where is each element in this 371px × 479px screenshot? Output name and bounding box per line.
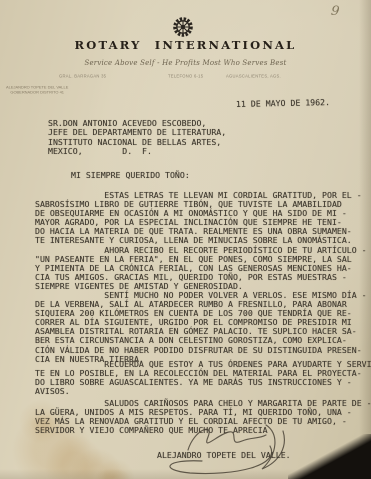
paragraph-travel-apology: SENTÍ MUCHO NO PODER VOLVER A VERLOS. ES… (35, 291, 367, 364)
paper-edge-shadow (359, 0, 371, 479)
paragraph-gratitude-book: ESTAS LETRAS TE LLEVAN MI CORDIAL GRATIT… (35, 191, 362, 246)
rotary-motto: Service Above Self - He Profits Most Who… (0, 59, 371, 67)
letterhead-telephone: TELEFONO 6-15 (168, 74, 203, 79)
letterhead-address: GRAL. BARRAGAN 35 (59, 74, 106, 79)
pencil-page-number: 9 (330, 4, 340, 20)
letterhead-city: AGUASCALIENTES, AGS. (226, 74, 281, 79)
photo-background-corner (288, 434, 371, 479)
sender-printed-block: ALEJANDRO TOPETE DEL VALLE GOBERNADOR DI… (6, 85, 68, 95)
paragraph-press-clipping: AHORA RECIBO EL RECORTE PERIODÍSTICO DE … (35, 246, 367, 291)
letter-date: 11 DE MAYO DE 1962. (236, 98, 330, 109)
recipient-address-block: SR.DON ANTONIO ACEVEDO ESCOBEDO, JEFE DE… (48, 119, 226, 157)
paper-stain (30, 414, 56, 434)
salutation-line: MI SIEMPRE QUERIDO TOÑO: (71, 171, 190, 180)
org-name-title: ROTARY INTERNATIONAL (0, 38, 371, 52)
letter-page: 9 ROTARY INTERNATIONAL Service Above Sel… (0, 0, 371, 479)
rotary-wheel-icon (172, 16, 194, 38)
typed-signature-name: ALEJANDRO TOPETE DEL VALLE. (157, 451, 291, 460)
paragraph-offer-of-help: RECUERDA QUE ESTOY A TUS ÓRDENES PARA AY… (35, 360, 371, 396)
